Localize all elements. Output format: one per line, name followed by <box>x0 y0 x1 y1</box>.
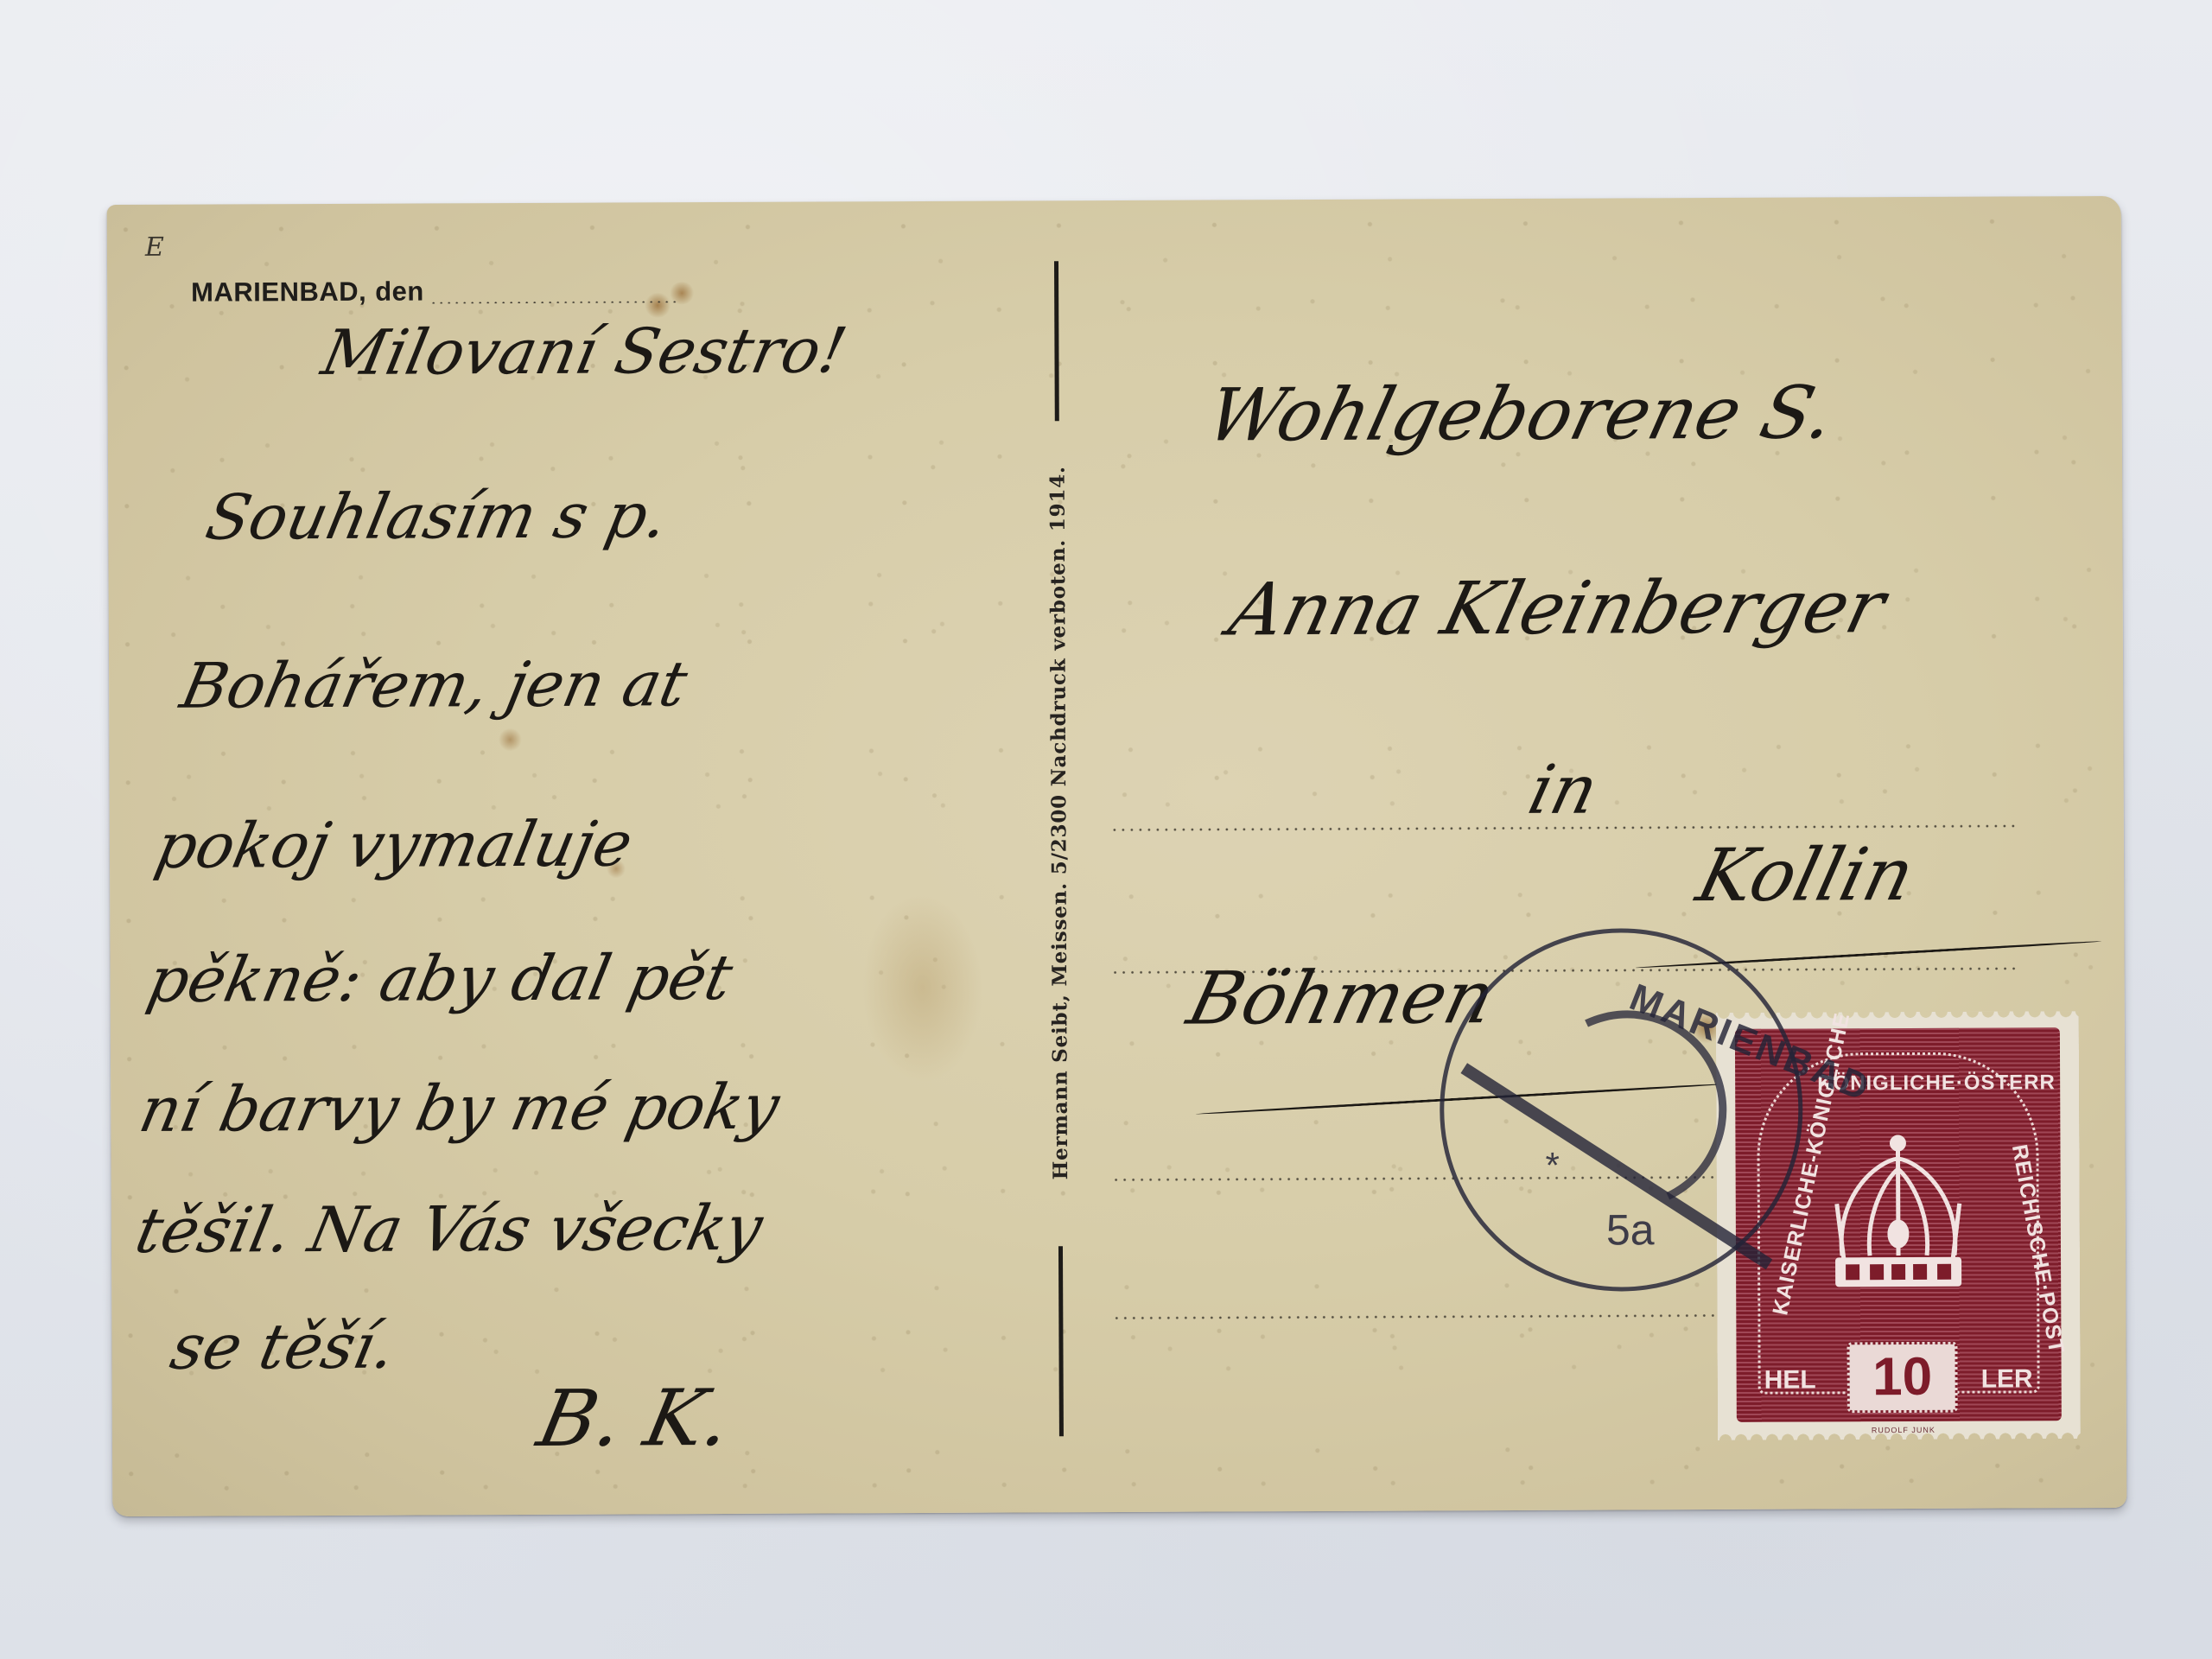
crown-icon <box>1826 1135 1970 1308</box>
printed-place-date-line: MARIENBAD, den <box>191 275 680 308</box>
address-region: Böhmen <box>1180 955 1503 1041</box>
address-town: Kollin <box>1689 832 1923 918</box>
address-recipient: Anna Kleinberger <box>1222 564 1893 652</box>
postmark-code: 5a <box>1606 1205 1655 1255</box>
publisher-imprint: Hermann Seibt, Meissen. 5/2300 Nachdruck… <box>1046 466 1073 1179</box>
message-line: Milovaní Sestro! <box>316 314 853 389</box>
postmark-star-icon: * <box>1545 1145 1560 1186</box>
printed-place: MARIENBAD, <box>191 276 366 308</box>
water-stain <box>861 893 983 1084</box>
foxing-stain <box>498 728 522 751</box>
date-dotted-line <box>429 301 680 303</box>
message-line: se těší. <box>165 1310 402 1383</box>
stamp-value: 10 <box>1872 1351 1932 1404</box>
message-line: ní barvy by mé poky <box>134 1071 786 1146</box>
stamp-denomination-right: LER <box>1981 1364 2033 1394</box>
stamp-value-box: 10 <box>1847 1342 1957 1414</box>
corner-pencil-mark: E <box>145 232 164 263</box>
divider-line-bottom <box>1058 1246 1064 1436</box>
message-line: Bohářem, jen at <box>175 647 693 722</box>
stamp-denomination-left: HEL <box>1764 1365 1816 1395</box>
message-line: pokoj vymaluje <box>149 807 639 881</box>
address-preposition: in <box>1522 752 1605 829</box>
message-line: těšil. Na Vás všecky <box>130 1192 769 1267</box>
divider-line-top <box>1054 261 1059 421</box>
signature: B. K. <box>531 1373 739 1465</box>
message-line: Souhlasím s p. <box>200 479 675 553</box>
message-line: pěkně: aby dal pět <box>142 941 739 1016</box>
address-salutation: Wohlgeborene S. <box>1199 370 1844 457</box>
postcard: E MARIENBAD, den Hermann Seibt, Meissen.… <box>107 196 2127 1516</box>
stamp-engraver-imprint: RUDOLF JUNK <box>1872 1426 1935 1434</box>
printed-den: den <box>375 276 424 307</box>
